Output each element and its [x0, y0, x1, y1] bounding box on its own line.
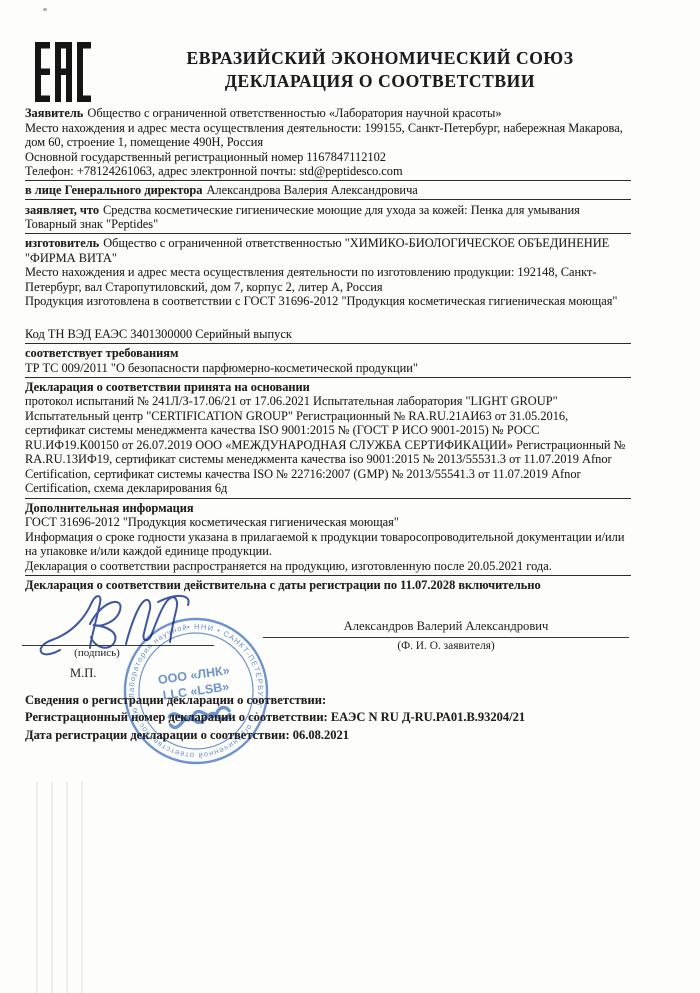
applicant-ogrn: Основной государственный регистрационный… — [25, 150, 631, 165]
title-line-declaration: ДЕКЛАРАЦИЯ О СООТВЕТСТВИИ — [60, 70, 700, 93]
additional-gost: ГОСТ 31696-2012 "Продукция косметическая… — [25, 515, 631, 530]
fio-caption: (Ф. И. О. заявителя) — [263, 640, 629, 652]
signature-icon — [30, 592, 215, 667]
product-code-line: Код ТН ВЭД ЕАЭС 3401300000 Серийный выпу… — [25, 327, 631, 342]
registration-date: Дата регистрации декларации о соответств… — [25, 727, 645, 744]
applicant-address: Место нахождения и адрес места осуществл… — [25, 121, 631, 150]
manufacturer-address: Место нахождения и адрес места осуществл… — [25, 265, 631, 294]
stamp-ring-text: • ННИ • САНКТ-ПЕТЕРБУРГ • с ограниченной… — [110, 605, 274, 770]
section-divider — [25, 233, 631, 234]
basis-text: протокол испытаний № 241Л/З-17.06/21 от … — [25, 394, 631, 496]
declares-line: заявляет, чтоСредства косметические гиги… — [25, 203, 631, 232]
manufacturer-section: изготовительОбщество с ограниченной отве… — [25, 236, 631, 309]
stamp-company-ru: ООО «ЛНК» — [157, 663, 230, 687]
applicant-fio: Александров Валерий Александрович — [263, 619, 629, 634]
applicant-phone-email: Телефон: +78124261063, адрес электронной… — [25, 164, 631, 179]
manufacturer-name: Общество с ограниченной ответственностью… — [25, 236, 609, 265]
additional-shelf-life: Информация о сроке годности указана в пр… — [25, 530, 631, 559]
document-title: ЕВРАЗИЙСКИЙ ЭКОНОМИЧЕСКИЙ СОЮЗ ДЕКЛАРАЦИ… — [60, 47, 700, 93]
registration-number: Регистрационный номер декларации о соотв… — [25, 709, 645, 726]
represented-by-label: в лице Генерального директора — [25, 183, 202, 197]
represented-by-line: в лице Генерального директораАлександров… — [25, 183, 631, 198]
scan-artifact — [36, 782, 94, 993]
document-body: ЗаявительОбщество с ограниченной ответст… — [25, 106, 631, 592]
title-line-union: ЕВРАЗИЙСКИЙ ЭКОНОМИЧЕСКИЙ СОЮЗ — [60, 47, 700, 70]
section-divider — [25, 575, 631, 576]
conforms-regulation: ТР ТС 009/2011 "О безопасности парфюмерн… — [25, 361, 631, 376]
section-divider — [25, 377, 631, 378]
represented-by-name: Александрова Валерия Александровича — [206, 183, 417, 197]
basis-label: Декларация о соответствии принята на осн… — [25, 380, 631, 395]
company-stamp-icon: • ННИ • САНКТ-ПЕТЕРБУРГ • с ограниченной… — [110, 605, 282, 777]
additional-info-label: Дополнительная информация — [25, 501, 631, 516]
signature-line — [22, 645, 214, 646]
registration-section: Сведения о регистрации декларации о соот… — [25, 692, 645, 744]
section-divider — [25, 343, 631, 344]
product-description: Средства косметические гигиенические мою… — [25, 203, 580, 232]
section-divider — [25, 199, 631, 200]
manufacturer-gost: Продукция изготовлена в соответствии с Г… — [25, 294, 631, 309]
registration-heading: Сведения о регистрации декларации о соот… — [25, 692, 645, 709]
seal-place-label: М.П. — [70, 666, 96, 681]
manufacturer-label: изготовитель — [25, 236, 99, 250]
declares-label: заявляет, что — [25, 203, 99, 217]
section-divider — [25, 180, 631, 181]
additional-coverage: Декларация о соответствии распространяет… — [25, 559, 631, 574]
validity-line: Декларация о соответствии действительна … — [25, 578, 631, 593]
applicant-name: Общество с ограниченной ответственностью… — [87, 106, 501, 120]
signature-caption: (подпись) — [22, 647, 172, 659]
conforms-label: соответствует требованиям — [25, 346, 631, 361]
declaration-document: ЕВРАЗИЙСКИЙ ЭКОНОМИЧЕСКИЙ СОЮЗ ДЕКЛАРАЦИ… — [0, 0, 700, 993]
fio-line — [263, 637, 629, 638]
scan-speck — [43, 8, 47, 11]
applicant-label: Заявитель — [25, 106, 83, 120]
section-divider — [25, 498, 631, 499]
blank-gap — [25, 309, 631, 327]
svg-text:• ННИ • САНКТ-ПЕТЕРБУРГ • с ог: • ННИ • САНКТ-ПЕТЕРБУРГ • с ограниченной… — [110, 605, 274, 770]
applicant-section: ЗаявительОбщество с ограниченной ответст… — [25, 106, 631, 179]
